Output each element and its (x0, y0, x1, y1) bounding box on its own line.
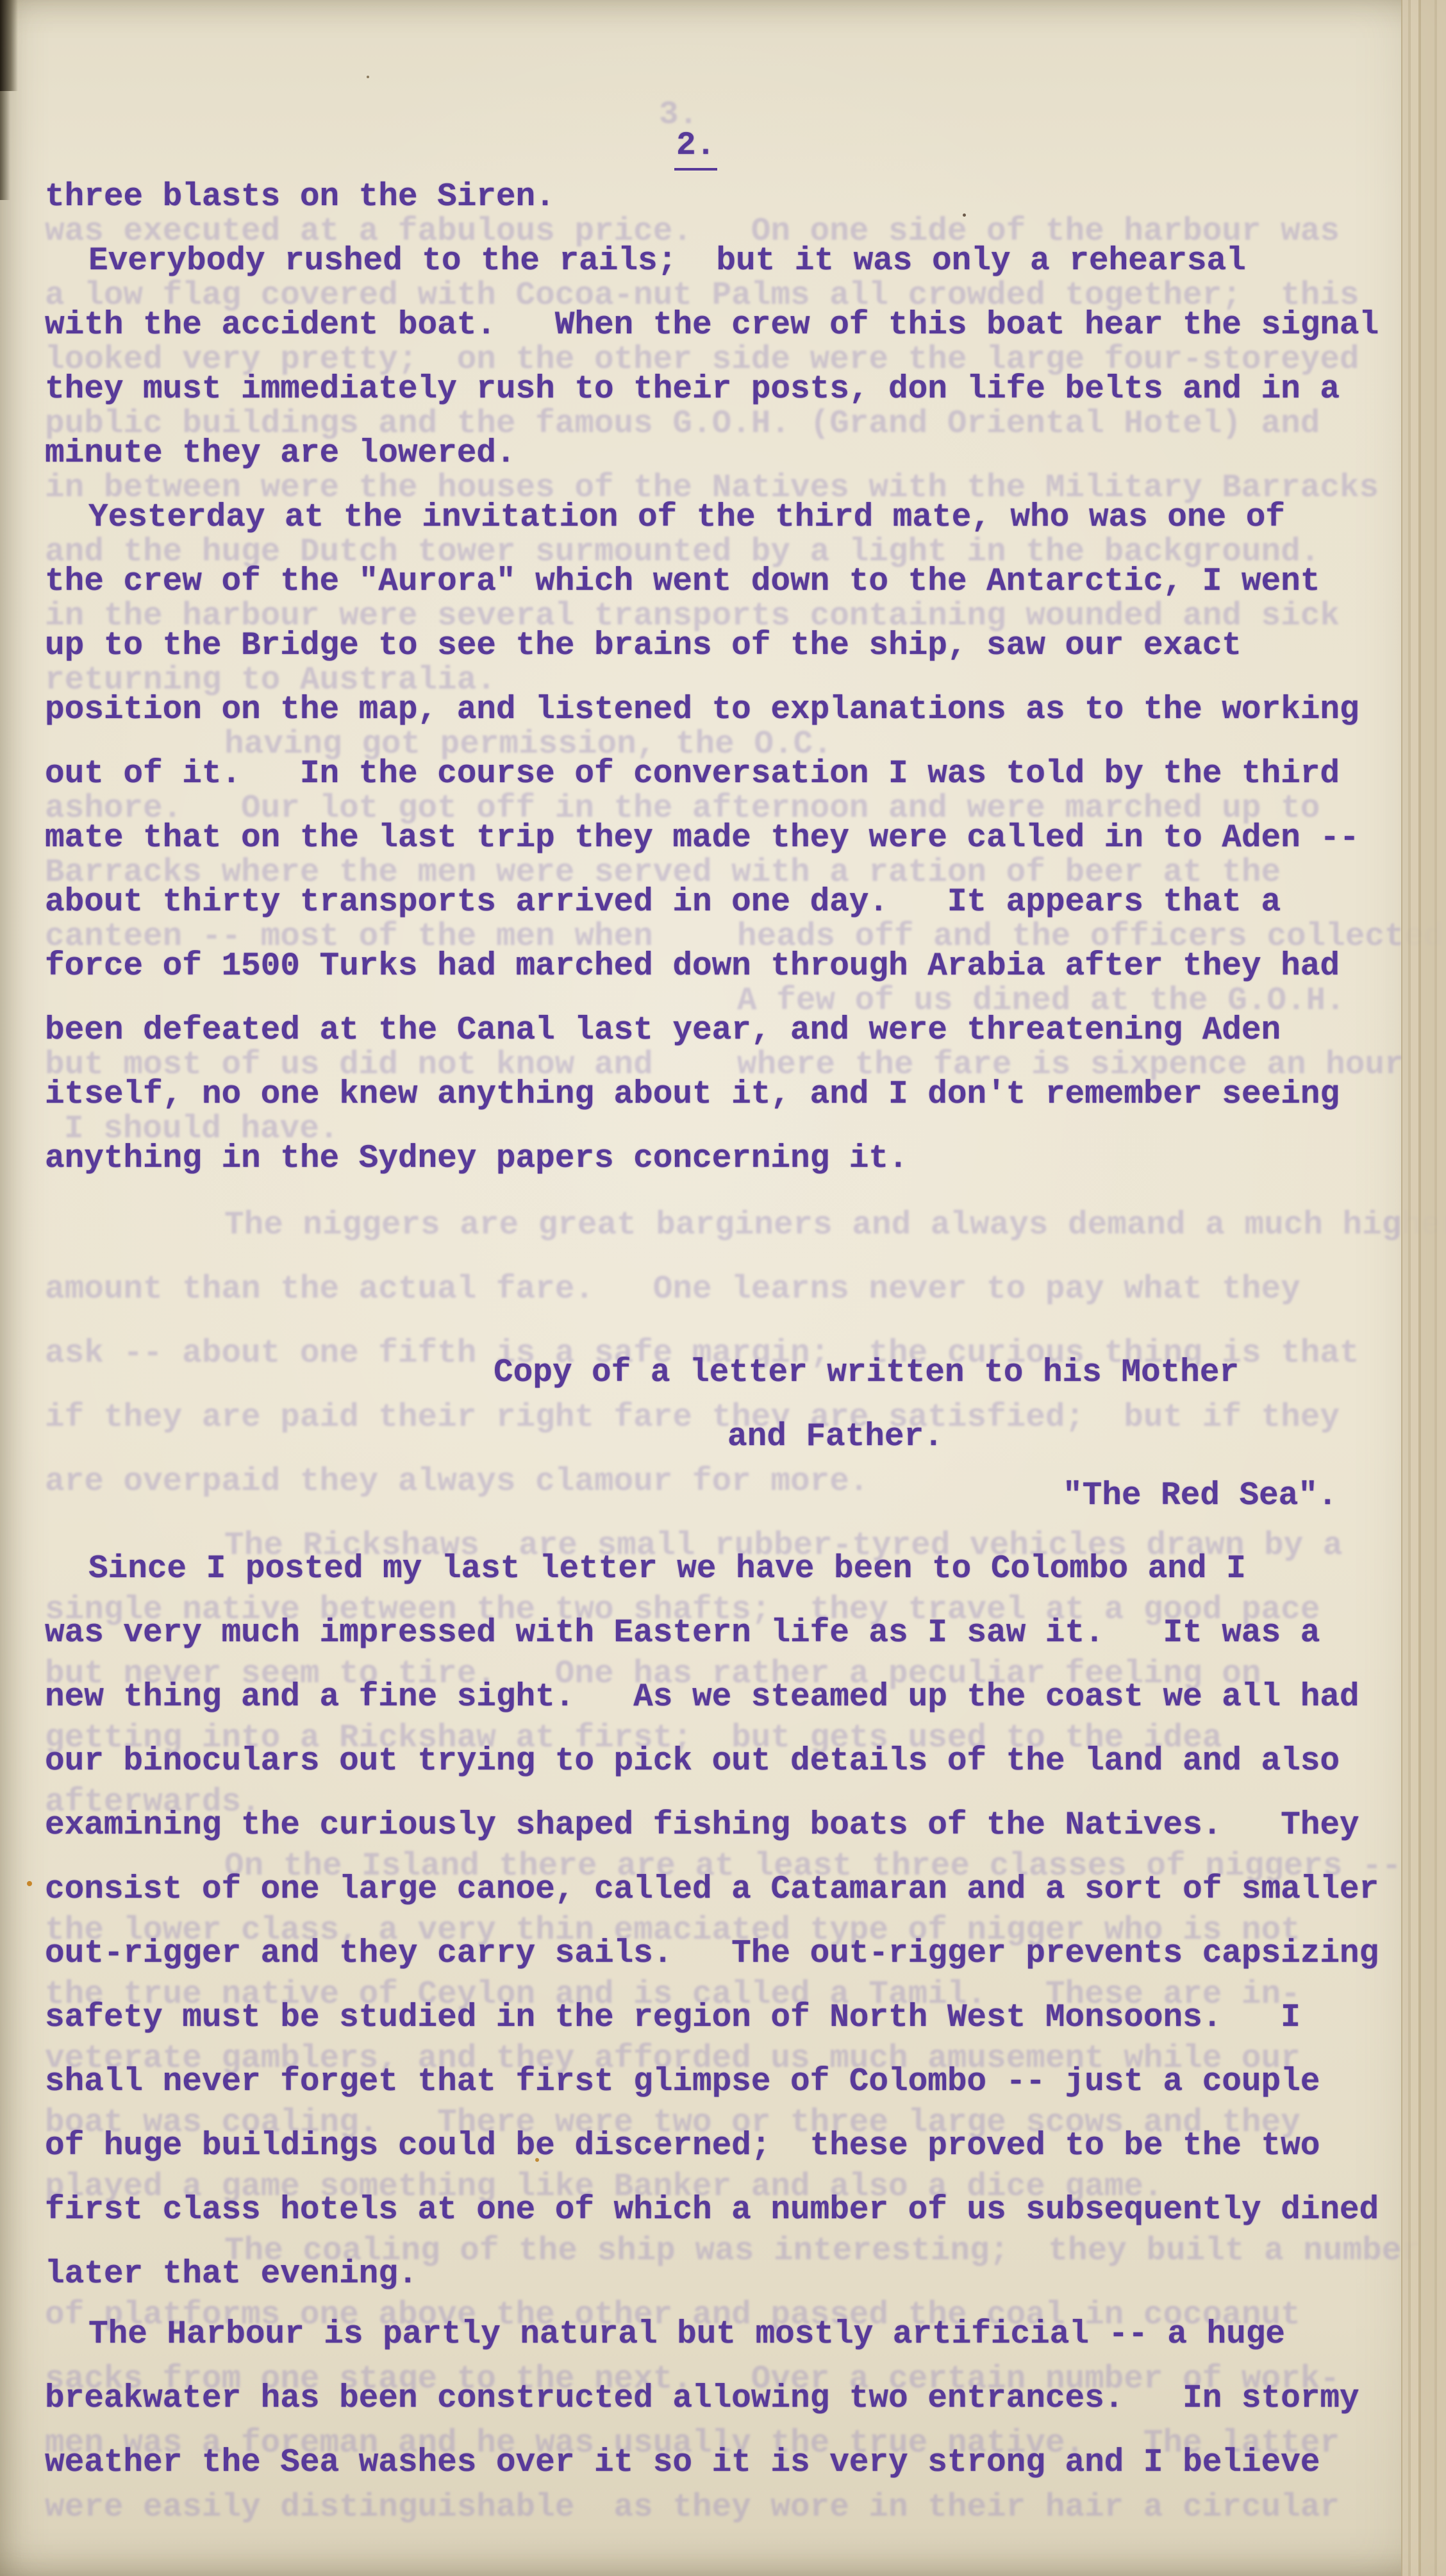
harbour-paragraph-block: The Harbour is partly natural but mostly… (0, 0, 1446, 2576)
paper-speck (535, 2158, 539, 2162)
typed-line: breakwater has been constructed allowing… (45, 2380, 1359, 2418)
typed-line: weather the Sea washes over it so it is … (45, 2444, 1320, 2482)
paper-speck (27, 1881, 32, 1886)
scanned-letter-page: 3.was executed at a fabulous price. On o… (0, 0, 1446, 2576)
scan-shadow-top-left (0, 0, 18, 91)
paper-speck (367, 76, 369, 78)
typed-line: The Harbour is partly natural but mostly… (88, 2316, 1285, 2354)
scan-shadow-left (0, 91, 10, 200)
page-stack-edge (1401, 0, 1446, 2576)
paper-speck (963, 213, 966, 217)
